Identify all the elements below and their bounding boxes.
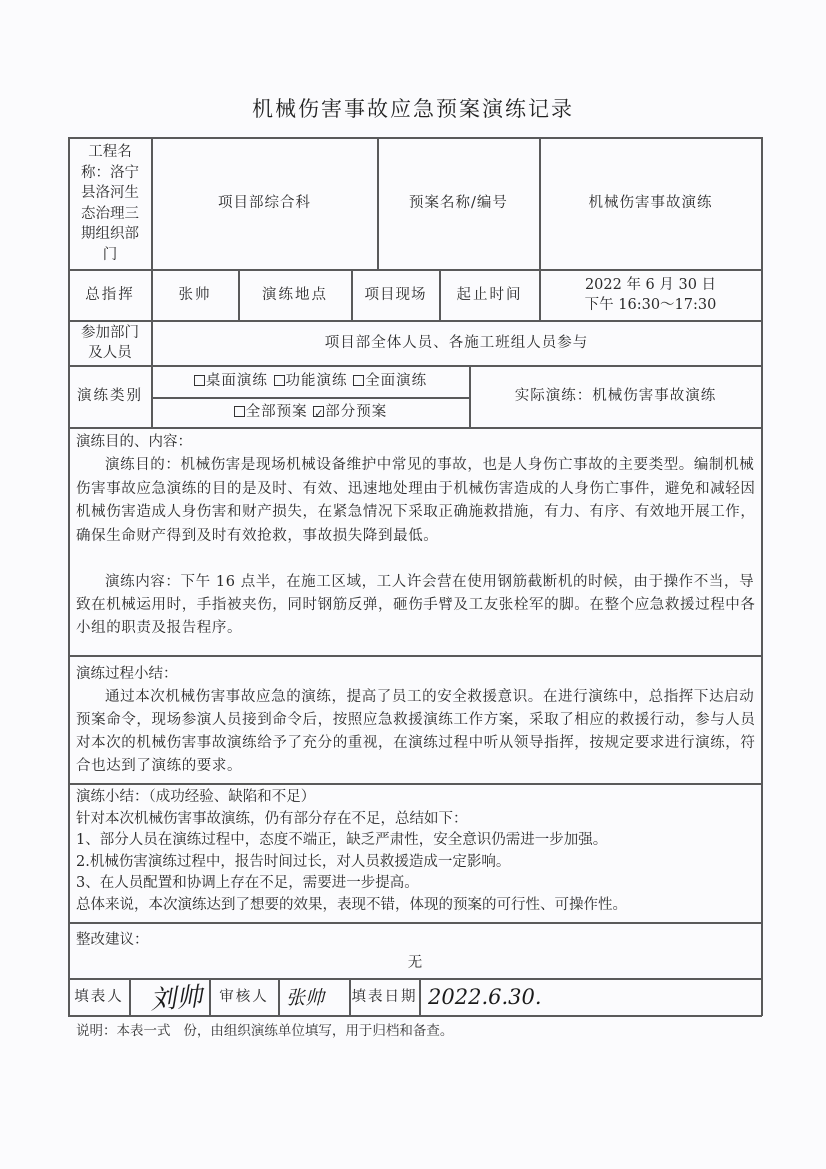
date-label: 填表日期 — [350, 979, 419, 1015]
col-divider — [419, 978, 421, 1015]
document-title: 机械伤害事故应急预案演练记录 — [0, 93, 826, 123]
time-value[interactable]: 2022 年 6 月 30 日 下午 16:30～17:30 — [540, 270, 761, 320]
checkbox-icon — [353, 375, 364, 386]
time-label: 起止时间 — [440, 270, 539, 320]
project-line: 态治理三 — [81, 204, 139, 225]
checkbox-icon — [234, 406, 245, 417]
checkbox-functional[interactable]: 功能演练 — [274, 371, 348, 392]
process-section: 演练过程小结： 通过本次机械伤害事故应急的演练，提高了员工的安全救援意识。在进行… — [76, 663, 758, 778]
participants-label: 参加部门 及人员 — [69, 321, 151, 365]
commander-value[interactable]: 张帅 — [152, 270, 238, 320]
actual-drill-value[interactable]: 实际演练：机械伤害事故演练 — [470, 366, 761, 427]
checkbox-checked-icon — [313, 406, 324, 417]
project-name-label: 工程名 称：洛宁 县洛河生 态治理三 期组织部 门 — [69, 138, 151, 269]
spacer — [76, 548, 758, 571]
summary-conclusion[interactable]: 总体来说，本次演练达到了想要的效果，表现不错，体现的预案的可行性、可操作性。 — [76, 895, 758, 917]
reviewer-signature[interactable]: 张帅 — [286, 983, 324, 1010]
date-value[interactable]: 2022.6.30. — [428, 985, 542, 1009]
summary-intro[interactable]: 针对本次机械伤害事故演练，仍有部分存在不足，总结如下： — [76, 809, 758, 831]
drill-type-options-row1: 桌面演练 功能演练 全面演练 — [152, 366, 469, 397]
summary-item[interactable]: 3、在人员配置和协调上存在不足，需要进一步提高。 — [76, 873, 758, 895]
drill-type-label: 演练类别 — [69, 366, 151, 427]
option-label: 部分预案 — [325, 404, 387, 420]
purpose-heading: 演练目的、内容： — [76, 431, 758, 454]
col-divider — [278, 978, 280, 1015]
summary-item[interactable]: 2.机械伤害演练过程中，报告时间过长，对人员救援造成一定影响。 — [76, 852, 758, 874]
project-line: 门 — [103, 245, 118, 266]
project-line: 称：洛宁 — [81, 163, 139, 184]
option-label: 桌面演练 — [206, 373, 268, 389]
purpose-section: 演练目的、内容： 演练目的：机械伤害是现场机械设备维护中常见的事故，也是人身伤亡… — [76, 431, 758, 640]
summary-section: 演练小结：（成功经验、缺陷和不足） 针对本次机械伤害事故演练，仍有部分存在不足，… — [76, 787, 758, 916]
row-divider — [68, 427, 762, 429]
rectification-heading: 整改建议： — [76, 929, 758, 952]
filler-label: 填表人 — [69, 979, 129, 1015]
purpose-goal[interactable]: 演练目的：机械伤害是现场机械设备维护中常见的事故，也是人身伤亡事故的主要类型。编… — [76, 454, 758, 548]
checkbox-tabletop[interactable]: 桌面演练 — [194, 371, 268, 392]
location-value[interactable]: 项目现场 — [352, 270, 439, 320]
purpose-content[interactable]: 演练内容：下午 16 点半，在施工区域，工人许会营在使用钢筋截断机的时候，由于操… — [76, 571, 758, 640]
time-date: 2022 年 6 月 30 日 — [585, 275, 716, 295]
drill-type-options-row2: 全部预案 部分预案 — [152, 398, 469, 427]
col-divider — [129, 978, 131, 1015]
project-line: 期组织部 — [81, 224, 139, 245]
option-label: 全面演练 — [365, 373, 427, 389]
time-range: 下午 16:30～17:30 — [585, 295, 717, 315]
checkbox-full-scale[interactable]: 全面演练 — [353, 371, 427, 392]
row-divider — [68, 655, 762, 657]
participants-label-line: 及人员 — [88, 343, 132, 363]
process-heading: 演练过程小结： — [76, 663, 758, 686]
checkbox-icon — [194, 375, 205, 386]
summary-item[interactable]: 1、部分人员在演练过程中，态度不端正，缺乏严肃性，安全意识仍需进一步加强。 — [76, 830, 758, 852]
reviewer-label: 审核人 — [210, 979, 278, 1015]
participants-label-line: 参加部门 — [81, 323, 139, 343]
location-label: 演练地点 — [239, 270, 351, 320]
organizing-dept-value[interactable]: 项目部综合科 — [152, 138, 377, 269]
commander-label: 总指挥 — [69, 270, 151, 320]
row-divider — [68, 922, 762, 924]
option-label: 全部预案 — [246, 404, 308, 420]
plan-name-value[interactable]: 机械伤害事故演练 — [540, 138, 761, 269]
checkbox-icon — [274, 375, 285, 386]
row-divider — [68, 783, 762, 785]
checkbox-partial-plans[interactable]: 部分预案 — [313, 402, 387, 423]
filler-signature[interactable]: 刘帅 — [149, 976, 203, 1017]
option-label: 功能演练 — [286, 373, 348, 389]
rectification-value[interactable]: 无 — [69, 950, 761, 976]
summary-heading: 演练小结：（成功经验、缺陷和不足） — [76, 787, 758, 809]
checkbox-all-plans[interactable]: 全部预案 — [234, 402, 308, 423]
process-text[interactable]: 通过本次机械伤害事故应急的演练，提高了员工的安全救援意识。在进行演练中，总指挥下… — [76, 686, 758, 778]
participants-value[interactable]: 项目部全体人员、各施工班组人员参与 — [152, 321, 761, 365]
project-line: 工程名 — [88, 142, 132, 163]
footnote: 说明：本表一式 份，由组织演练单位填写，用于归档和备查。 — [76, 1019, 453, 1039]
plan-name-label: 预案名称/编号 — [378, 138, 539, 269]
project-line: 县洛河生 — [81, 183, 139, 204]
